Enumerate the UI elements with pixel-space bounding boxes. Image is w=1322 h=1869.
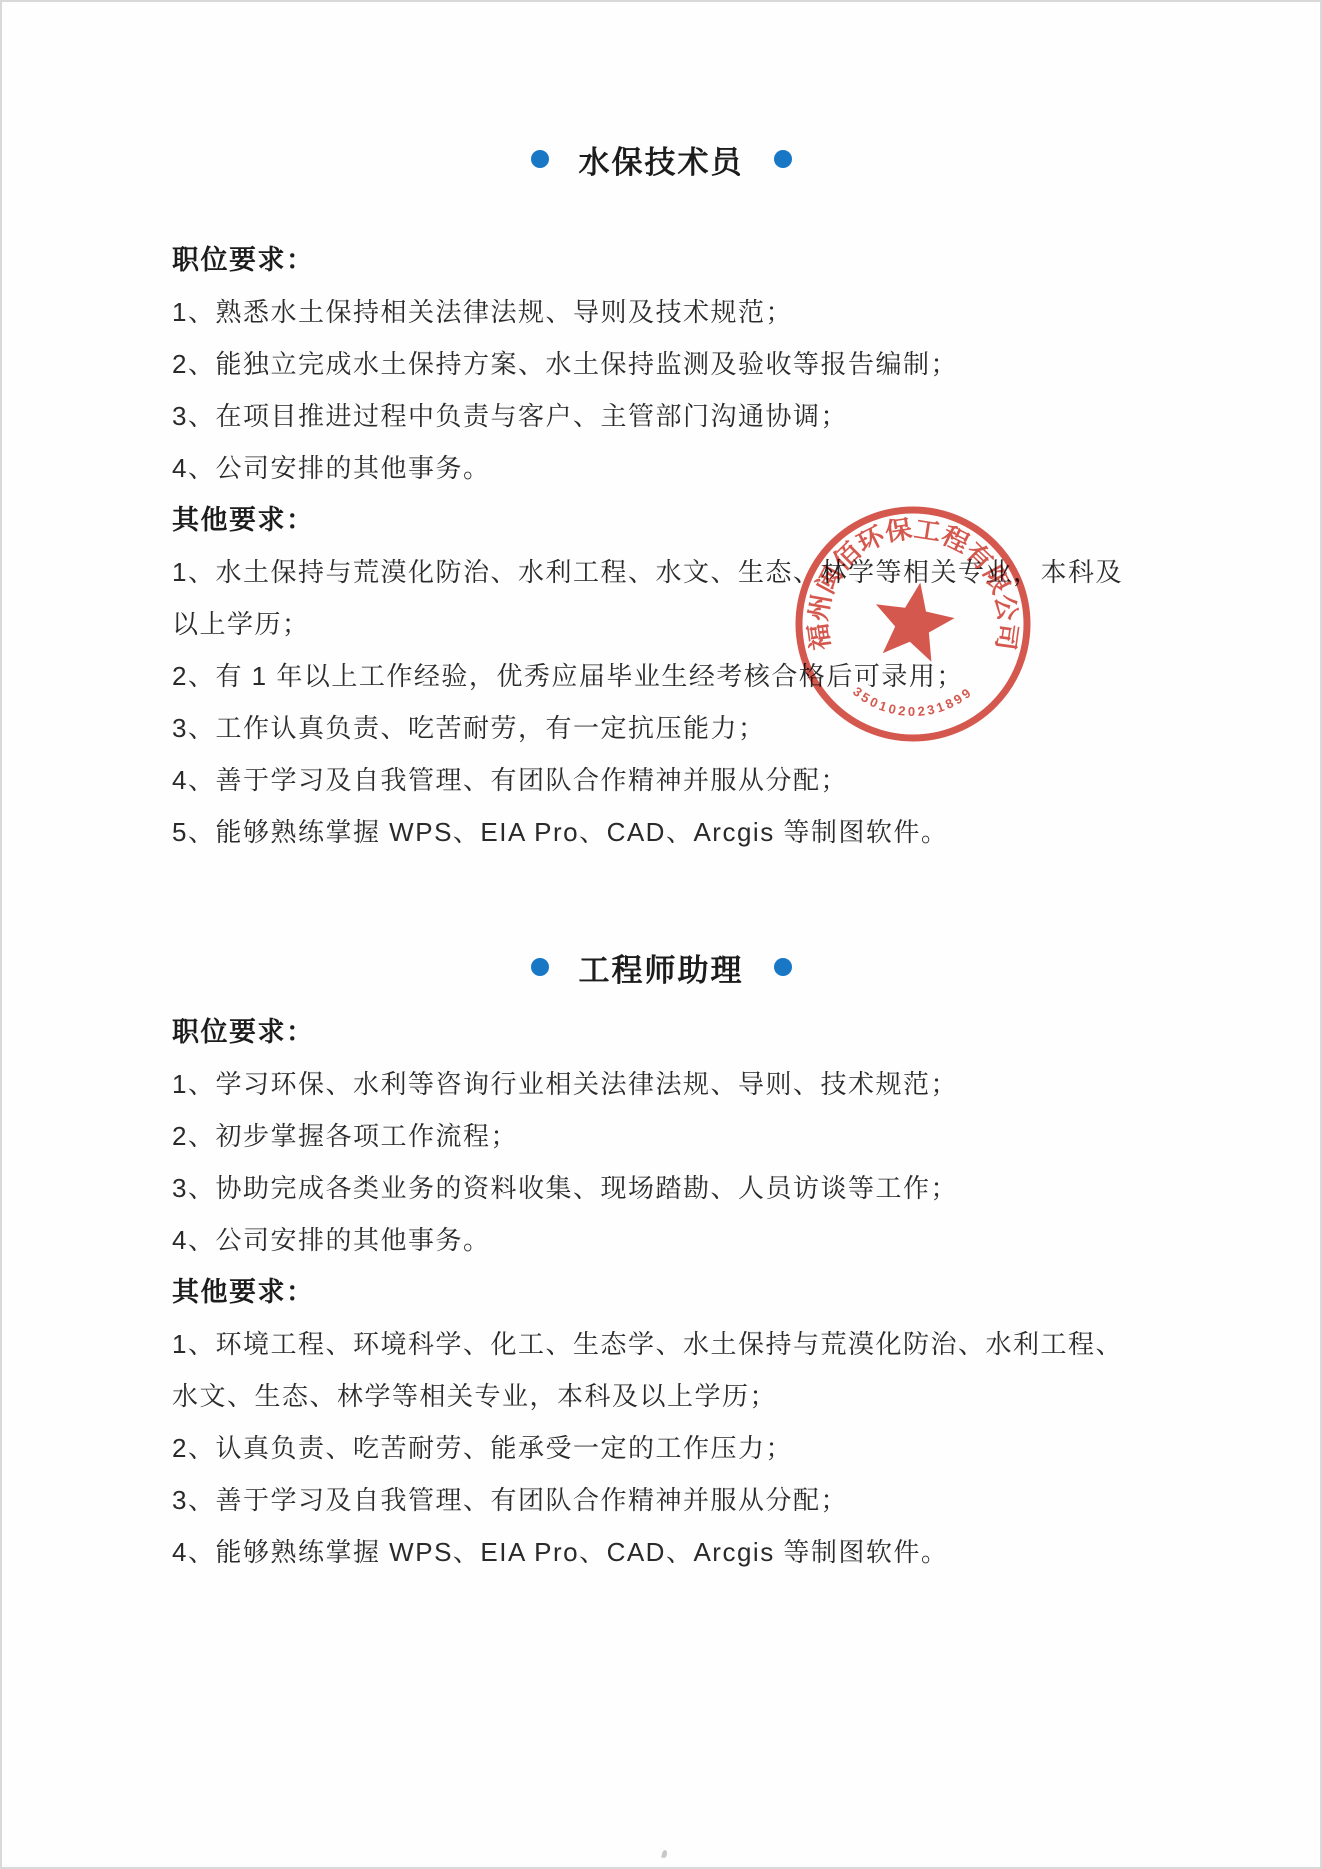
position-requirements-heading: 职位要求： [172, 1006, 1172, 1058]
other-requirements-heading: 其他要求： [172, 1266, 1172, 1318]
company-seal-stamp: 福州闽佰环保工程有限公司 3501020231899 [791, 502, 1035, 746]
section2-title: 工程师助理 [579, 945, 744, 990]
list-item: 3、善于学习及自我管理、有团队合作精神并服从分配； [172, 1474, 1172, 1526]
list-item: 4、善于学习及自我管理、有团队合作精神并服从分配； [172, 754, 1172, 806]
list-item: 4、公司安排的其他事务。 [172, 1214, 1172, 1266]
list-item: 1、环境工程、环境科学、化工、生态学、水土保持与荒漠化防治、水利工程、 [172, 1318, 1172, 1370]
bullet-dot-icon [774, 958, 792, 976]
section1-title: 水保技术员 [579, 137, 744, 182]
list-item: 4、能够熟练掌握 WPS、EIA Pro、CAD、Arcgis 等制图软件。 [172, 1526, 1172, 1578]
section2-body: 职位要求： 1、学习环保、水利等咨询行业相关法律法规、导则、技术规范； 2、初步… [172, 1006, 1172, 1578]
list-item: 4、公司安排的其他事务。 [172, 442, 1172, 494]
seal-serial-number: 3501020231899 [850, 684, 976, 719]
bullet-dot-icon [774, 150, 792, 168]
bullet-dot-icon [531, 958, 549, 976]
list-item: 1、熟悉水土保持相关法律法规、导则及技术规范； [172, 286, 1172, 338]
list-item-continuation: 水文、生态、林学等相关专业，本科及以上学历； [172, 1370, 1172, 1422]
list-item: 2、初步掌握各项工作流程； [172, 1110, 1172, 1162]
section1-title-row: 水保技术员 [2, 133, 1320, 185]
list-item: 3、在项目推进过程中负责与客户、主管部门沟通协调； [172, 390, 1172, 442]
list-item: 2、认真负责、吃苦耐劳、能承受一定的工作压力； [172, 1422, 1172, 1474]
list-item: 2、能独立完成水土保持方案、水土保持监测及验收等报告编制； [172, 338, 1172, 390]
scan-artifact-mark [661, 1850, 668, 1859]
list-item: 3、协助完成各类业务的资料收集、现场踏勘、人员访谈等工作； [172, 1162, 1172, 1214]
section2-title-row: 工程师助理 [2, 941, 1320, 993]
list-item: 5、能够熟练掌握 WPS、EIA Pro、CAD、Arcgis 等制图软件。 [172, 806, 1172, 858]
document-page: 水保技术员 职位要求： 1、熟悉水土保持相关法律法规、导则及技术规范； 2、能独… [0, 0, 1322, 1869]
position-requirements-heading: 职位要求： [172, 234, 1172, 286]
bullet-dot-icon [531, 150, 549, 168]
seal-star-icon [868, 576, 960, 665]
list-item: 1、学习环保、水利等咨询行业相关法律法规、导则、技术规范； [172, 1058, 1172, 1110]
